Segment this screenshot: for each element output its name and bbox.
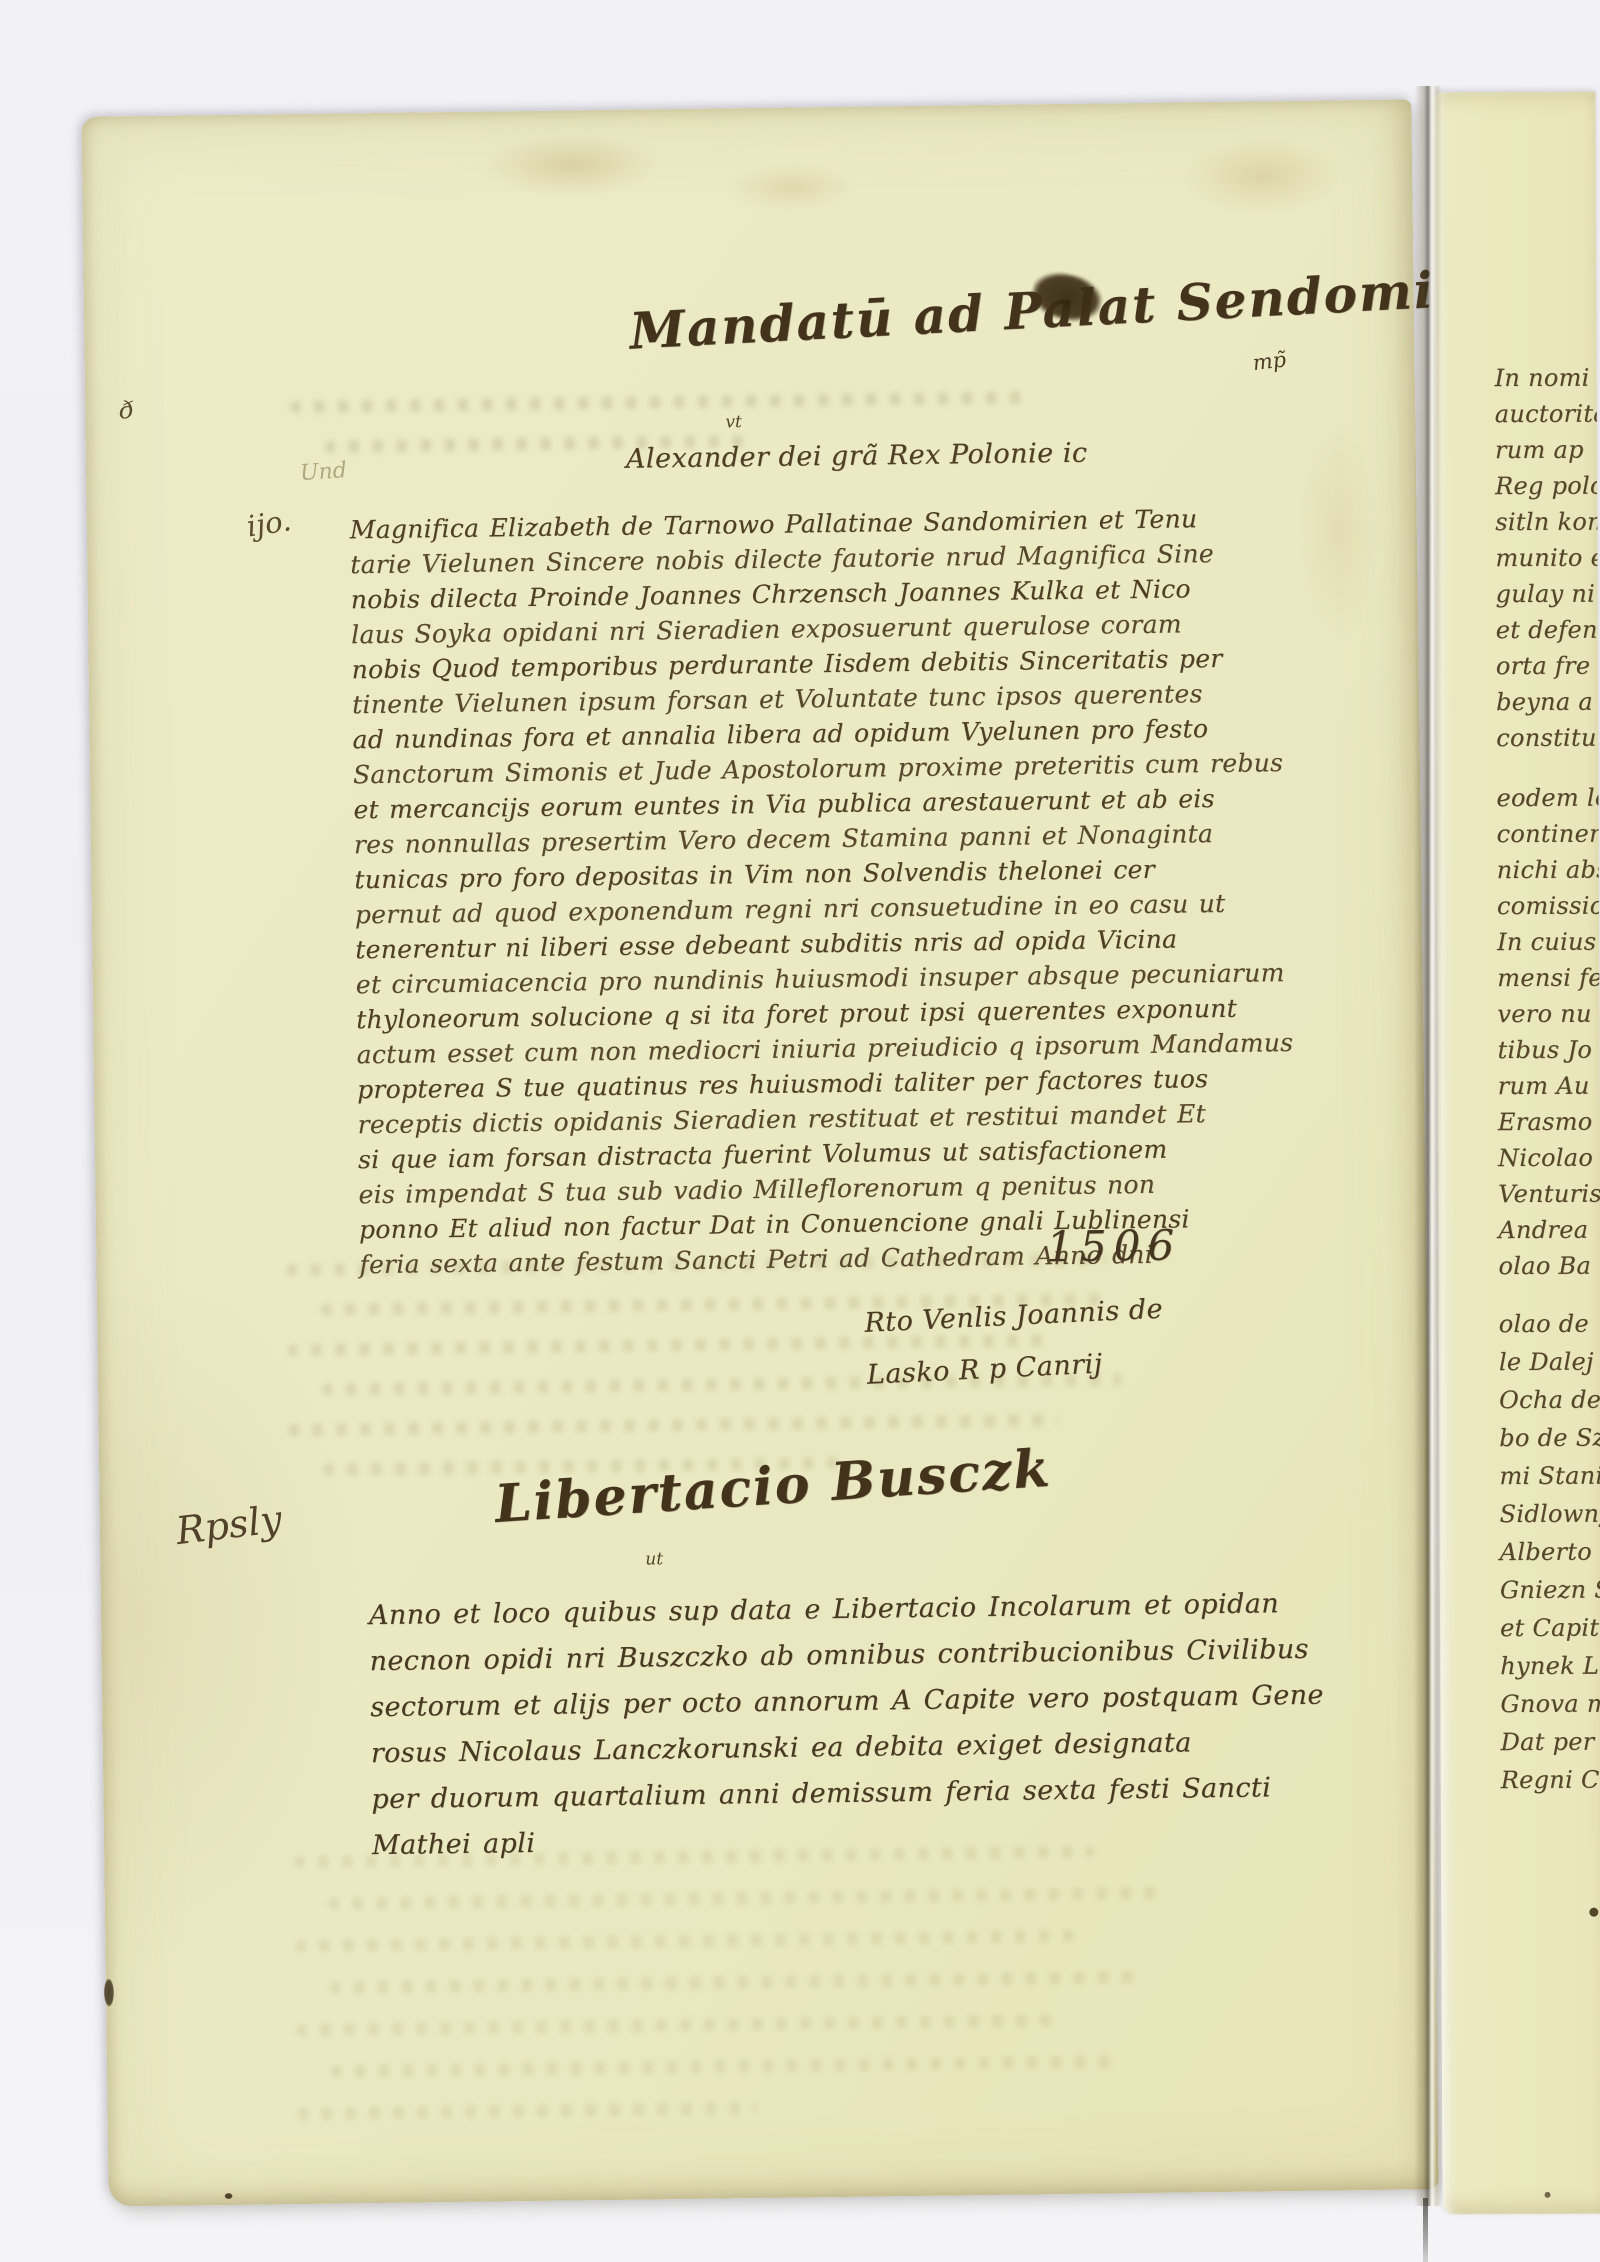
bleedthrough-row (331, 2055, 1121, 2077)
superscript-abbreviation: vt (725, 412, 742, 432)
book-gutter (1414, 86, 1442, 2206)
fragment-line: munito e (1495, 540, 1600, 577)
fragment-line: beyna a (1496, 684, 1600, 721)
fragment-line: sitln kom (1495, 504, 1600, 541)
fragment-line: vero nu (1497, 996, 1600, 1033)
fragment-line: eodem lo (1496, 780, 1600, 817)
manuscript-page: ð Mandatū ad Palat Sendomir mp̃ Und vt A… (81, 99, 1438, 2206)
fragment-line: continen (1497, 816, 1600, 853)
fragment-line: Gnova mie (1500, 1685, 1600, 1724)
fragment-line: Ocha de (1499, 1381, 1600, 1420)
fragment-line: hynek L (1500, 1647, 1600, 1686)
fragment-line: Regni Can (1501, 1761, 1600, 1800)
chancellor-signature: Rto Venlis Joannis deLasko R p Canrij (863, 1284, 1167, 1402)
fragment-line: comission (1497, 888, 1600, 925)
fragment-line: gulay ni (1495, 576, 1600, 613)
facing-page-text-fragments: eodem locontinennichi abscomissionIn cui… (1496, 780, 1600, 1285)
fragment-line: olao Ba (1498, 1248, 1600, 1285)
bleedthrough-row (289, 1414, 1059, 1436)
entry2-text-block: Anno et loco quibus sup data e Libertaci… (369, 1581, 1326, 1869)
fragment-line: Venturis (1498, 1176, 1600, 1213)
fragment-line: constitut (1496, 720, 1600, 757)
facing-page: In nomiauctoritarum apReg polositln komm… (1433, 92, 1600, 2215)
superscript-abbreviation: ut (645, 1549, 663, 1569)
bleedthrough-row (329, 1887, 1159, 1910)
fragment-line: Erasmo p (1498, 1104, 1600, 1141)
fragment-line: Dat per m (1500, 1723, 1600, 1762)
year-date: 1506 (1046, 1220, 1182, 1271)
royal-salutation-line: Alexander dei grã Rex Polonie ic (626, 438, 1088, 475)
fragment-line: Gniezn S (1500, 1571, 1600, 1610)
fragment-line: nichi abs (1497, 852, 1600, 889)
margin-annotation: ijo. (244, 503, 293, 543)
fragment-line: auctorita (1495, 396, 1600, 433)
fragment-line: et Capita (1500, 1609, 1600, 1648)
margin-annotation: Rpsly (174, 1497, 284, 1553)
fragment-line: rum Au (1498, 1068, 1600, 1105)
binding-edge-line (1423, 2198, 1428, 2262)
wormhole (1589, 1908, 1598, 1917)
fragment-line: Nicolao (1498, 1140, 1600, 1177)
photo-backdrop: ð Mandatū ad Palat Sendomir mp̃ Und vt A… (0, 0, 1600, 2262)
bleedthrough-row (330, 1971, 1140, 1994)
fragment-line: le Dalej (1499, 1343, 1600, 1382)
fragment-line: rum ap (1495, 432, 1600, 469)
fragment-line: Sidlownyc (1499, 1495, 1600, 1534)
bleedthrough-row (295, 1930, 1075, 1952)
fragment-line: orta fre (1496, 648, 1600, 685)
fragment-line: Alberto g (1500, 1533, 1600, 1572)
heading-tail-mark: mp̃ (1251, 347, 1287, 375)
bleedthrough-row (296, 2014, 1056, 2036)
entry1-text-block: Magnifica Elizabeth de Tarnowo Pallatina… (350, 500, 1297, 1282)
fragment-line: mi Stani (1499, 1457, 1600, 1496)
fragment-line: olao de (1499, 1305, 1600, 1344)
bleedthrough-row (297, 2102, 757, 2120)
fragment-line: bo de Sze (1499, 1419, 1600, 1458)
bleedthrough-row (290, 391, 1030, 413)
bleedthrough-text-area (294, 1845, 1162, 2150)
fragment-line: et defend (1496, 612, 1600, 649)
margin-mark: ð (119, 396, 134, 424)
wormhole (1545, 2192, 1551, 2198)
fragment-line: In nomi (1495, 360, 1600, 397)
faded-marginal-word: Und (299, 458, 347, 486)
edge-ink-blot (104, 1979, 114, 2007)
fragment-line: tibus Jo (1497, 1032, 1600, 1069)
fragment-line: In cuius (1497, 924, 1600, 961)
facing-page-text-fragments: In nomiauctoritarum apReg polositln komm… (1495, 360, 1600, 757)
facing-page-text-fragments: olao dele DalejOcha debo de Szemi StaniS… (1499, 1305, 1600, 1800)
fragment-line: Reg polo (1495, 468, 1600, 505)
fragment-line: Andrea (1498, 1212, 1600, 1249)
fragment-line: mensi feri (1497, 960, 1600, 997)
speck (225, 2193, 233, 2199)
